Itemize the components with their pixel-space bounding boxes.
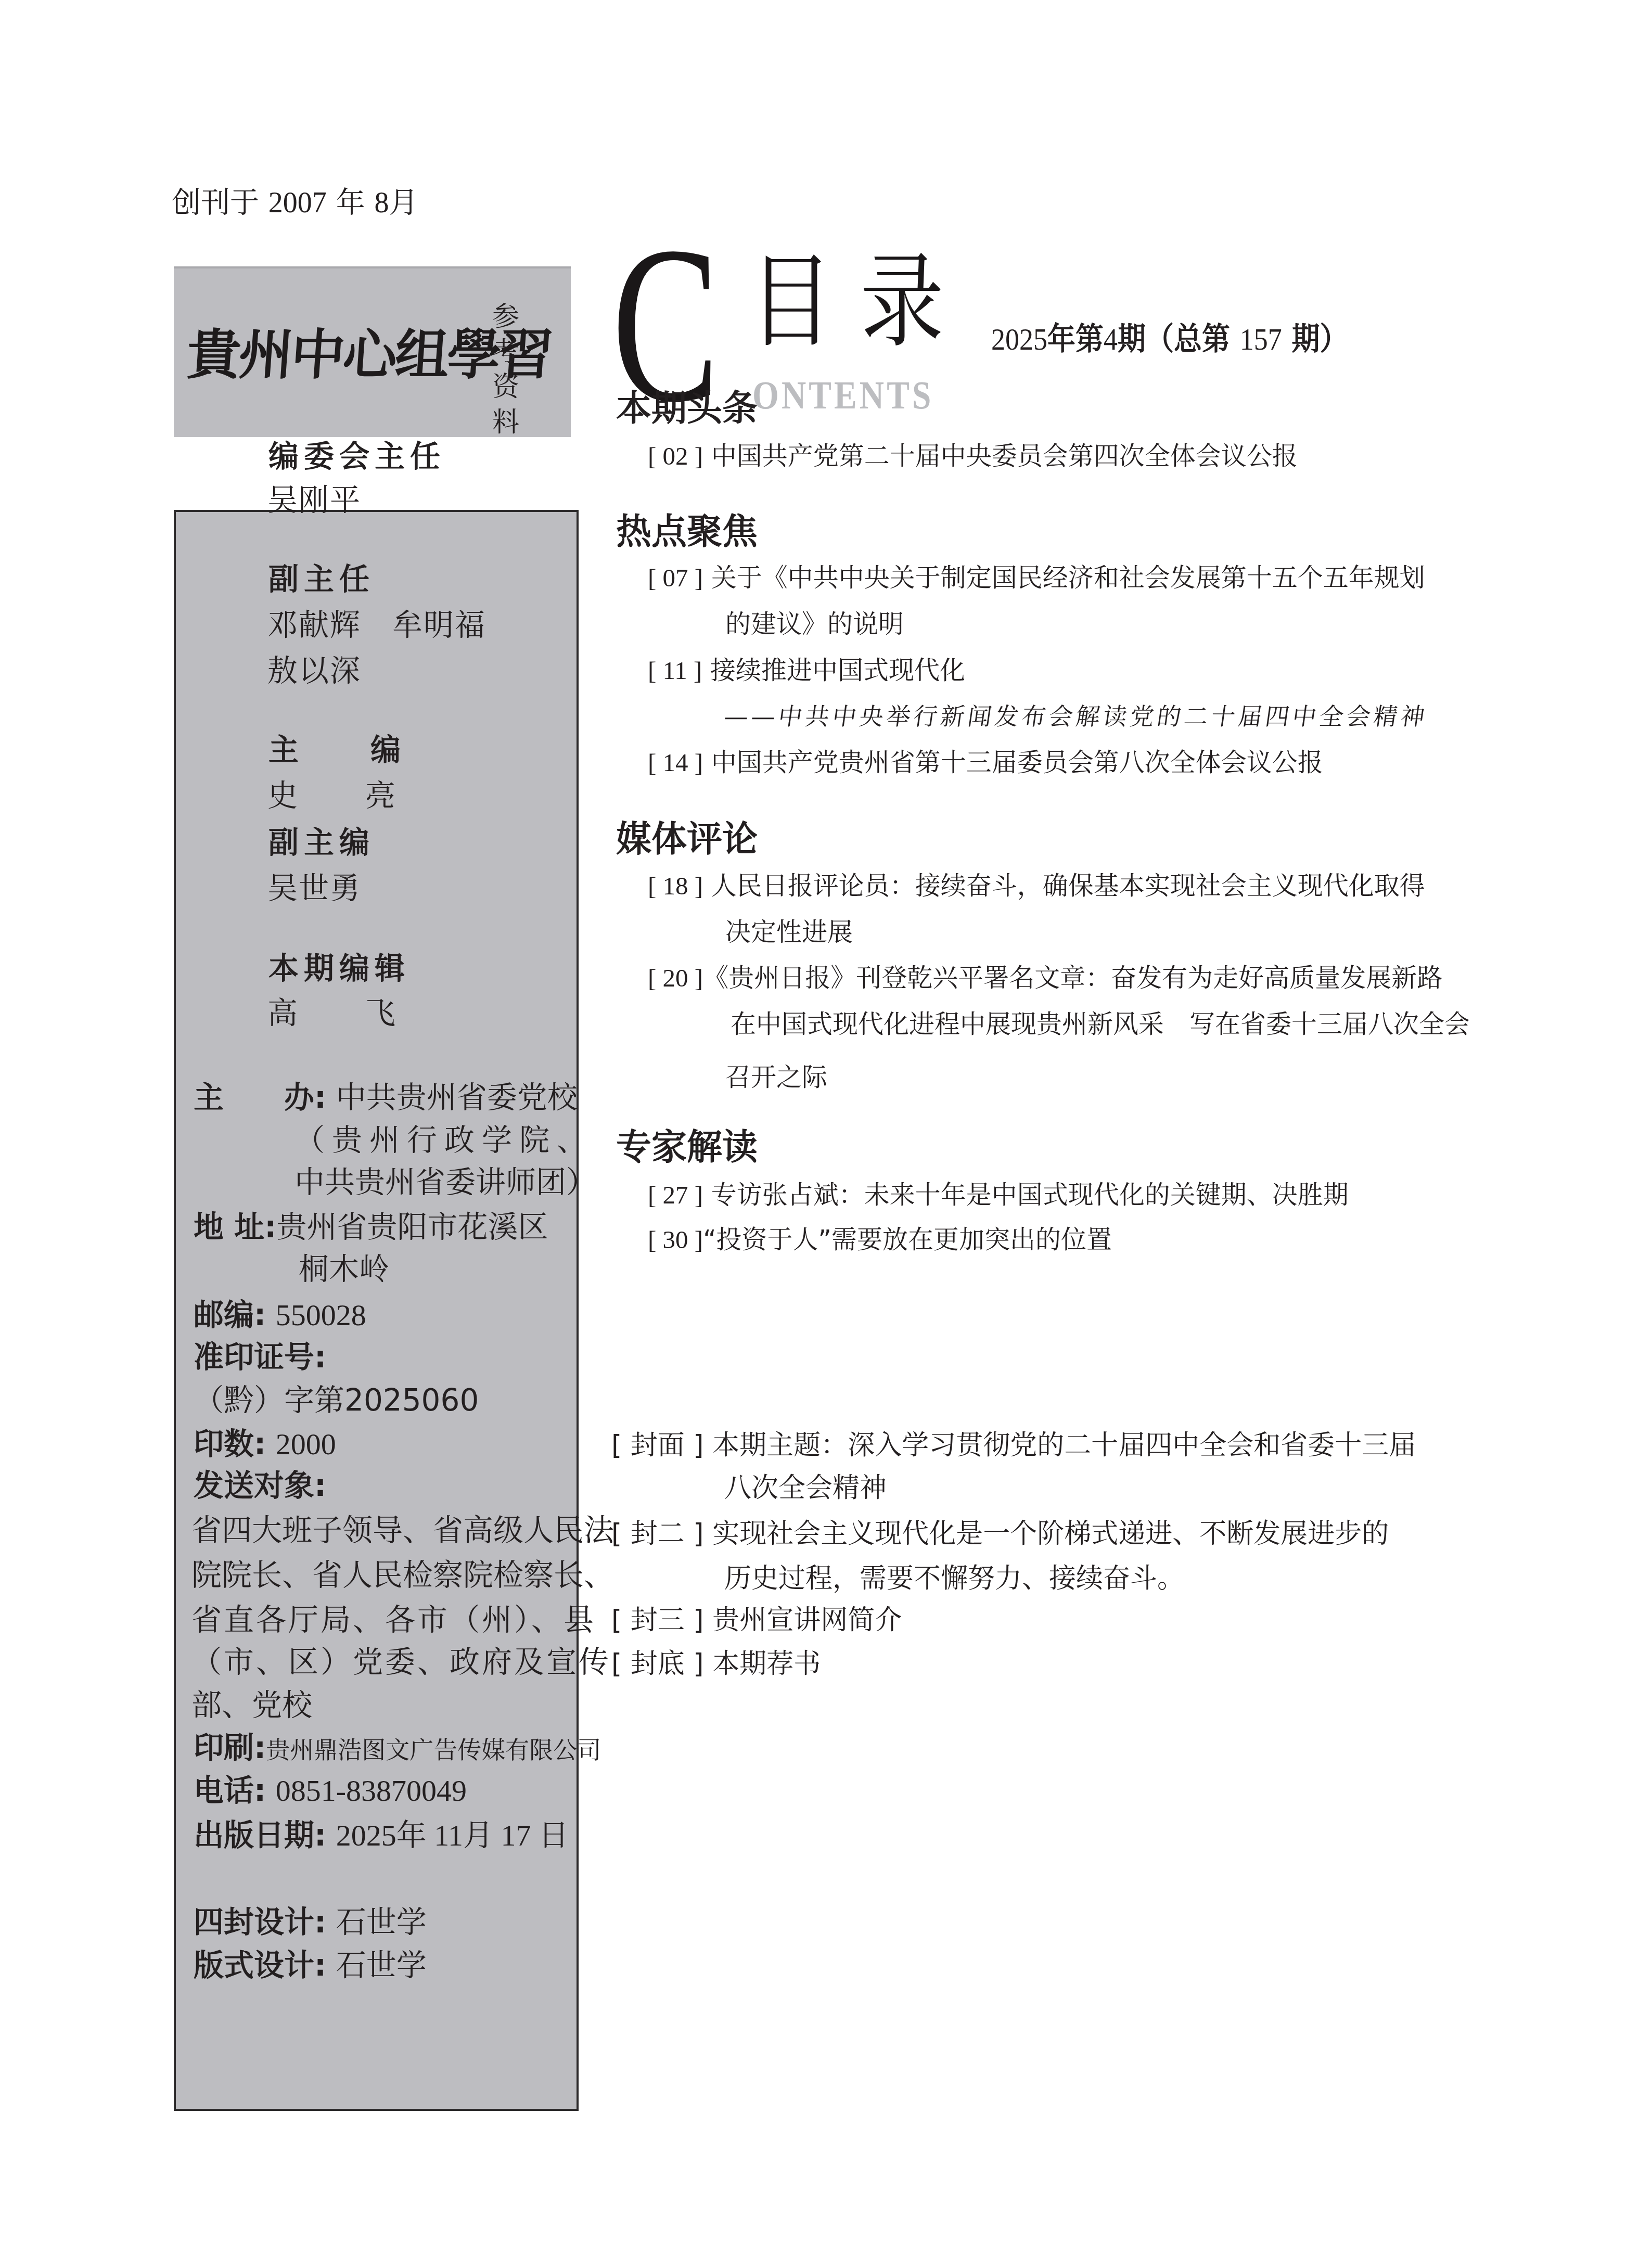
page-number: [ 20 ] (648, 965, 703, 991)
section-title-expert-analysis: 专家解读 (616, 1130, 758, 1165)
role-deputy-editor: 副主编 (268, 827, 375, 857)
name-deputy-editor: 吴世勇 (267, 873, 361, 903)
entry-title: 接续推进中国式现代化 (710, 656, 965, 685)
cover-design-value: 石世学 (336, 1904, 427, 1940)
issue-no: 4 (1104, 322, 1118, 356)
address-line-1: 贵州省贵阳市花溪区 (276, 1209, 548, 1245)
toc-entry[interactable]: [ 02 ] 中国共产党第二十届中央委员会第四次全体会议公报 (648, 443, 1298, 469)
name-deputy-directors-2: 敖以深 (267, 656, 361, 686)
toc-entry[interactable]: [ 30 ]“投资于人”需要放在更加突出的位置 (648, 1227, 1112, 1252)
toc-entry-continuation: 决定性进展 (725, 919, 853, 945)
address-line-2: 桐木岭 (299, 1254, 389, 1284)
page-number: [ 11 ] (648, 658, 702, 683)
page-number: [ 27 ] (648, 1182, 703, 1208)
printer-label: 印刷: (194, 1730, 266, 1765)
toc-entry[interactable]: [ 18 ] 人民日报评论员：接续奋斗，确保基本实现社会主义现代化取得 (648, 873, 1425, 899)
publication-date-label: 出版日期: (194, 1817, 326, 1853)
sponsor-line-3: 中共贵州省委讲师团） (294, 1167, 596, 1197)
toc-entry-continuation: 在中国式现代化进程中展现贵州新风采 写在省委十三届八次全会 (731, 1011, 1470, 1037)
toc-entry-continuation: 的建议》的说明 (725, 611, 904, 637)
cover-entry-continuation: 历史过程，需要不懈努力、接续奋斗。 (724, 1565, 1184, 1592)
issue-total-label: 期） (1292, 321, 1348, 357)
founded-prefix: 创刊于 (172, 186, 259, 220)
entry-title: 《贵州日报》刊登乾兴平署名文章：奋发有为走好高质量发展新路 (703, 963, 1442, 993)
print-count-value: 2000 (276, 1427, 336, 1461)
page-number: [ 07 ] (648, 565, 703, 591)
cover-entry-inside-back[interactable]: [ 封三 ] 贵州宣讲网简介 (611, 1607, 902, 1634)
cover-label: [ 封三 ] (611, 1605, 704, 1636)
recipients-line-5: 部、党校 (191, 1690, 312, 1720)
print-count: 印数: 2000 (194, 1429, 336, 1459)
contents-word: ONTENTS (752, 376, 934, 415)
cover-label: [ 封二 ] (611, 1518, 704, 1549)
recipients-label: 发送对象: (194, 1470, 326, 1501)
masthead-logo: 貴州中心组學習 参考 资料 (174, 266, 571, 437)
entry-title: 关于《中共中央关于制定国民经济和社会发展第十五个五年规划 (711, 563, 1425, 593)
issue-no-label: 期（总第 (1118, 321, 1230, 357)
cover-label: [ 封底 ] (611, 1648, 704, 1680)
toc-entry[interactable]: [ 27 ] 专访张占斌：未来十年是中国式现代化的关键期、决胜期 (648, 1182, 1349, 1208)
name-editorial-director: 吴刚平 (267, 485, 361, 515)
cover-design: 四封设计: 石世学 (194, 1907, 427, 1937)
printer: 印刷:贵州鼎浩图文广告传媒有限公司 (194, 1733, 601, 1763)
founded-month-label: 月 (389, 186, 418, 220)
permit-label: 准印证号: (194, 1342, 326, 1372)
print-count-label: 印数: (194, 1426, 266, 1462)
cover-entry-continuation: 八次全会精神 (724, 1475, 887, 1502)
address-label: 地 址: (194, 1209, 276, 1245)
entry-title: “投资于人”需要放在更加突出的位置 (703, 1225, 1112, 1254)
cover-entry-inside-front[interactable]: [ 封二 ] 实现社会主义现代化是一个阶梯式递进、不断发展进步的 (611, 1520, 1389, 1547)
cover-text: 本期荐书 (712, 1648, 821, 1680)
cover-entry-front[interactable]: [ 封面 ] 本期主题：深入学习贯彻党的二十届四中全会和省委十三届 (611, 1432, 1416, 1459)
cover-design-label: 四封设计: (194, 1904, 326, 1940)
publication-date: 出版日期: 2025年 11月 17 日 (194, 1820, 569, 1851)
cover-text: 实现社会主义现代化是一个阶梯式递进、不断发展进步的 (712, 1518, 1389, 1549)
recipients-line-1: 省四大班子领导、省高级人民法 (191, 1515, 614, 1545)
layout-design: 版式设计: 石世学 (194, 1950, 427, 1980)
page-number: [ 30 ] (648, 1227, 703, 1252)
page-number: [ 14 ] (648, 750, 703, 775)
address: 地 址:贵州省贵阳市花溪区 (194, 1212, 548, 1242)
role-issue-editor: 本期编辑 (268, 953, 410, 983)
section-title-media-commentary: 媒体评论 (616, 822, 758, 857)
postcode-label: 邮编: (194, 1297, 266, 1333)
issue-total: 157 (1240, 322, 1282, 356)
contents-title: 目录 (749, 251, 971, 353)
postcode: 邮编: 550028 (194, 1300, 366, 1330)
cover-label: [ 封面 ] (611, 1430, 704, 1461)
entry-title: 人民日报评论员：接续奋斗，确保基本实现社会主义现代化取得 (711, 871, 1425, 901)
sponsor-label: 主 办: (194, 1080, 326, 1115)
recipients-label-text: 发送对象: (194, 1468, 326, 1503)
page-number: [ 02 ] (648, 443, 703, 469)
sponsor-line-1: 中共贵州省委党校 (336, 1080, 578, 1115)
issue-year-label: 年第 (1047, 321, 1104, 357)
section-title-headline: 本期头条 (616, 391, 758, 427)
phone: 电话: 0851-83870049 (194, 1775, 467, 1806)
entry-title: 专访张占斌：未来十年是中国式现代化的关键期、决胜期 (711, 1180, 1349, 1210)
founded-date: 创刊于 2007 年 8月 (172, 188, 418, 217)
entry-title: 中国共产党第二十届中央委员会第四次全体会议公报 (711, 441, 1298, 471)
role-deputy-director: 副主任 (268, 564, 375, 594)
name-deputy-directors: 邓献辉 牟明福 (267, 610, 486, 640)
founded-year: 2007 (268, 187, 327, 219)
sponsor: 主 办: 中共贵州省委党校 (194, 1082, 578, 1112)
phone-label: 电话: (194, 1773, 266, 1808)
publication-date-value: 2025年 11月 17 日 (336, 1818, 569, 1852)
masthead-subtitle-line1: 参考 (492, 300, 549, 370)
masthead-subtitle: 参考 资料 (492, 300, 549, 440)
recipients-line-4: （市、区）党委、政府及宣传 (191, 1647, 611, 1677)
printer-value: 贵州鼎浩图文广告传媒有限公司 (266, 1736, 601, 1764)
recipients-line-3: 省直各厅局、各市（州）、县 (191, 1605, 596, 1635)
issue-year: 2025 (991, 322, 1047, 356)
role-editorial-director: 编委会主任 (268, 441, 445, 471)
entry-title: 中国共产党贵州省第十三届委员会第八次全体会议公报 (711, 748, 1323, 777)
sponsor-line-2: （贵州行政学院、 (294, 1125, 594, 1155)
section-title-hot-topics: 热点聚焦 (616, 515, 758, 550)
toc-entry-continuation: 召开之际 (725, 1065, 827, 1090)
postcode-value: 550028 (276, 1298, 366, 1332)
toc-entry[interactable]: [ 20 ]《贵州日报》刊登乾兴平署名文章：奋发有为走好高质量发展新路 (648, 965, 1442, 991)
toc-entry[interactable]: [ 11 ] 接续推进中国式现代化 (648, 658, 965, 683)
cover-text: 本期主题：深入学习贯彻党的二十届四中全会和省委十三届 (712, 1430, 1416, 1461)
cover-text: 贵州宣讲网简介 (712, 1605, 902, 1636)
layout-design-label: 版式设计: (194, 1948, 326, 1983)
permit-label-text: 准印证号: (194, 1339, 326, 1375)
name-editor-in-chief: 史 亮 (267, 780, 414, 811)
recipients-line-2: 院院长、省人民检察院检察长、 (191, 1560, 614, 1590)
founded-year-label: 年 (336, 186, 365, 220)
masthead-subtitle-line2: 资料 (492, 370, 549, 440)
page-number: [ 18 ] (648, 873, 703, 899)
role-editor-in-chief: 主 编 (268, 735, 421, 765)
cover-entry-back[interactable]: [ 封底 ] 本期荐书 (611, 1650, 821, 1677)
founded-month: 8 (374, 187, 389, 219)
toc-entry[interactable]: [ 07 ] 关于《中共中央关于制定国民经济和社会发展第十五个五年规划 (648, 565, 1425, 591)
phone-value: 0851-83870049 (276, 1774, 467, 1808)
toc-entry[interactable]: [ 14 ] 中国共产党贵州省第十三届委员会第八次全体会议公报 (648, 750, 1323, 775)
permit-value: （黔）字第2025060 (194, 1385, 479, 1415)
name-issue-editor: 高 飞 (267, 998, 414, 1028)
toc-entry-subtitle: ——中共中央举行新闻发布会解读党的二十届四中全会精神 (723, 704, 1429, 728)
layout-design-value: 石世学 (336, 1948, 427, 1983)
issue-number: 2025年第4期（总第 157 期） (991, 324, 1348, 355)
